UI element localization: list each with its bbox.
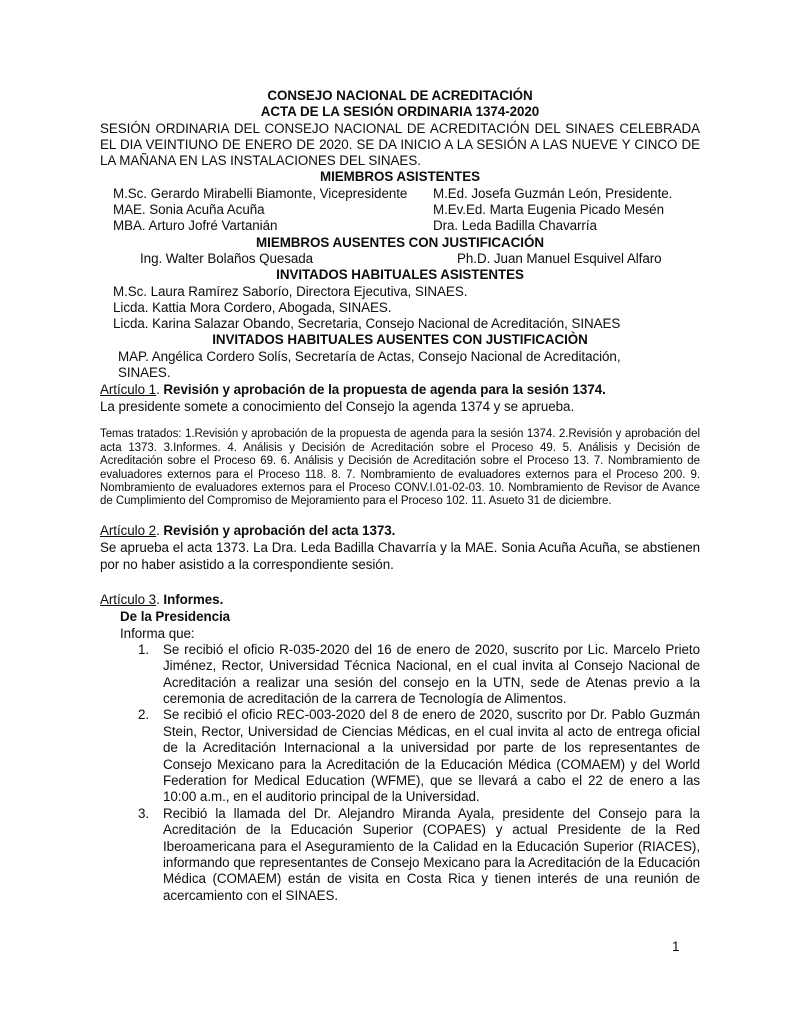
member-row: MBA. Arturo Jofré Vartanián Dra. Leda Ba… xyxy=(100,218,700,234)
page-number: 1 xyxy=(672,938,679,955)
guest-row: Licda. Kattia Mora Cordero, Abogada, SIN… xyxy=(100,300,700,316)
article-1-title: Revisión y aprobación de la propuesta de… xyxy=(163,382,605,397)
informes-list: 1. Se recibió el oficio R-035-2020 del 1… xyxy=(100,642,700,905)
guest-row: M.Sc. Laura Ramírez Saborío, Directora E… xyxy=(100,284,700,300)
item-text: Recibió la llamada del Dr. Alejandro Mir… xyxy=(163,806,700,904)
member-name: MBA. Arturo Jofré Vartanián xyxy=(100,218,433,234)
article-2-body: Se aprueba el acta 1373. La Dra. Leda Ba… xyxy=(100,539,700,573)
document-page: CONSEJO NACIONAL DE ACREDITACIÓN ACTA DE… xyxy=(0,0,791,1024)
invitados-asistentes-heading: INVITADOS HABITUALES ASISTENTES xyxy=(100,267,700,283)
session-intro: SESIÓN ORDINARIA DEL CONSEJO NACIONAL DE… xyxy=(100,121,700,170)
presidencia-subheading: De la Presidencia xyxy=(100,608,700,625)
article-2-title: Revisión y aprobación del acta 1373. xyxy=(163,523,395,538)
article-1-label: Artículo 1 xyxy=(100,382,156,397)
item-number: 2. xyxy=(138,707,163,805)
member-row: M.Sc. Gerardo Mirabelli Biamonte, Vicepr… xyxy=(100,186,700,202)
temas-tratados: Temas tratados: 1.Revisión y aprobación … xyxy=(100,428,700,508)
member-row: MAE. Sonia Acuña Acuña M.Ev.Ed. Marta Eu… xyxy=(100,202,700,218)
member-name: Ph.D. Juan Manuel Esquivel Alfaro xyxy=(453,251,700,267)
document-header-block: CONSEJO NACIONAL DE ACREDITACIÓN ACTA DE… xyxy=(100,88,700,381)
invitados-ausentes-heading: INVITADOS HABITUALES AUSENTES CON JUSTIF… xyxy=(100,332,700,348)
org-title: CONSEJO NACIONAL DE ACREDITACIÓN xyxy=(100,88,700,104)
member-name: M.Sc. Gerardo Mirabelli Biamonte, Vicepr… xyxy=(100,186,433,202)
member-name: M.Ev.Ed. Marta Eugenia Picado Mesén xyxy=(433,202,700,218)
article-2-label: Artículo 2 xyxy=(100,523,156,538)
article-2-heading: Artículo 2. Revisión y aprobación del ac… xyxy=(100,522,700,539)
article-1-heading: Artículo 1. Revisión y aprobación de la … xyxy=(100,381,700,398)
member-name: Dra. Leda Badilla Chavarría xyxy=(433,218,700,234)
member-name: MAE. Sonia Acuña Acuña xyxy=(100,202,433,218)
informa-lead: Informa que: xyxy=(100,625,700,642)
item-number: 3. xyxy=(138,806,163,904)
member-name: Ing. Walter Bolaños Quesada xyxy=(120,251,453,267)
informe-item-3: 3. Recibió la llamada del Dr. Alejandro … xyxy=(100,806,700,904)
item-text: Se recibió el oficio REC-003-2020 del 8 … xyxy=(163,707,700,805)
article-3-label: Artículo 3 xyxy=(100,592,156,607)
acta-title: ACTA DE LA SESIÓN ORDINARIA 1374-2020 xyxy=(100,104,700,120)
article-3-title: Informes. xyxy=(163,592,223,607)
item-number: 1. xyxy=(138,642,163,708)
informe-item-1: 1. Se recibió el oficio R-035-2020 del 1… xyxy=(100,642,700,708)
item-text: Se recibió el oficio R-035-2020 del 16 d… xyxy=(163,642,700,708)
miembros-ausentes-heading: MIEMBROS AUSENTES CON JUSTIFICACIÓN xyxy=(100,235,700,251)
guest-row: MAP. Angélica Cordero Solís, Secretaría … xyxy=(100,349,666,382)
member-row: Ing. Walter Bolaños Quesada Ph.D. Juan M… xyxy=(100,251,700,267)
member-name: M.Ed. Josefa Guzmán León, Presidente. xyxy=(433,186,700,202)
article-1-body: La presidente somete a conocimiento del … xyxy=(100,398,700,415)
guest-row: Licda. Karina Salazar Obando, Secretaria… xyxy=(100,316,700,332)
article-3-heading: Artículo 3. Informes. xyxy=(100,591,700,608)
miembros-asistentes-heading: MIEMBROS ASISTENTES xyxy=(100,169,700,185)
informe-item-2: 2. Se recibió el oficio REC-003-2020 del… xyxy=(100,707,700,805)
